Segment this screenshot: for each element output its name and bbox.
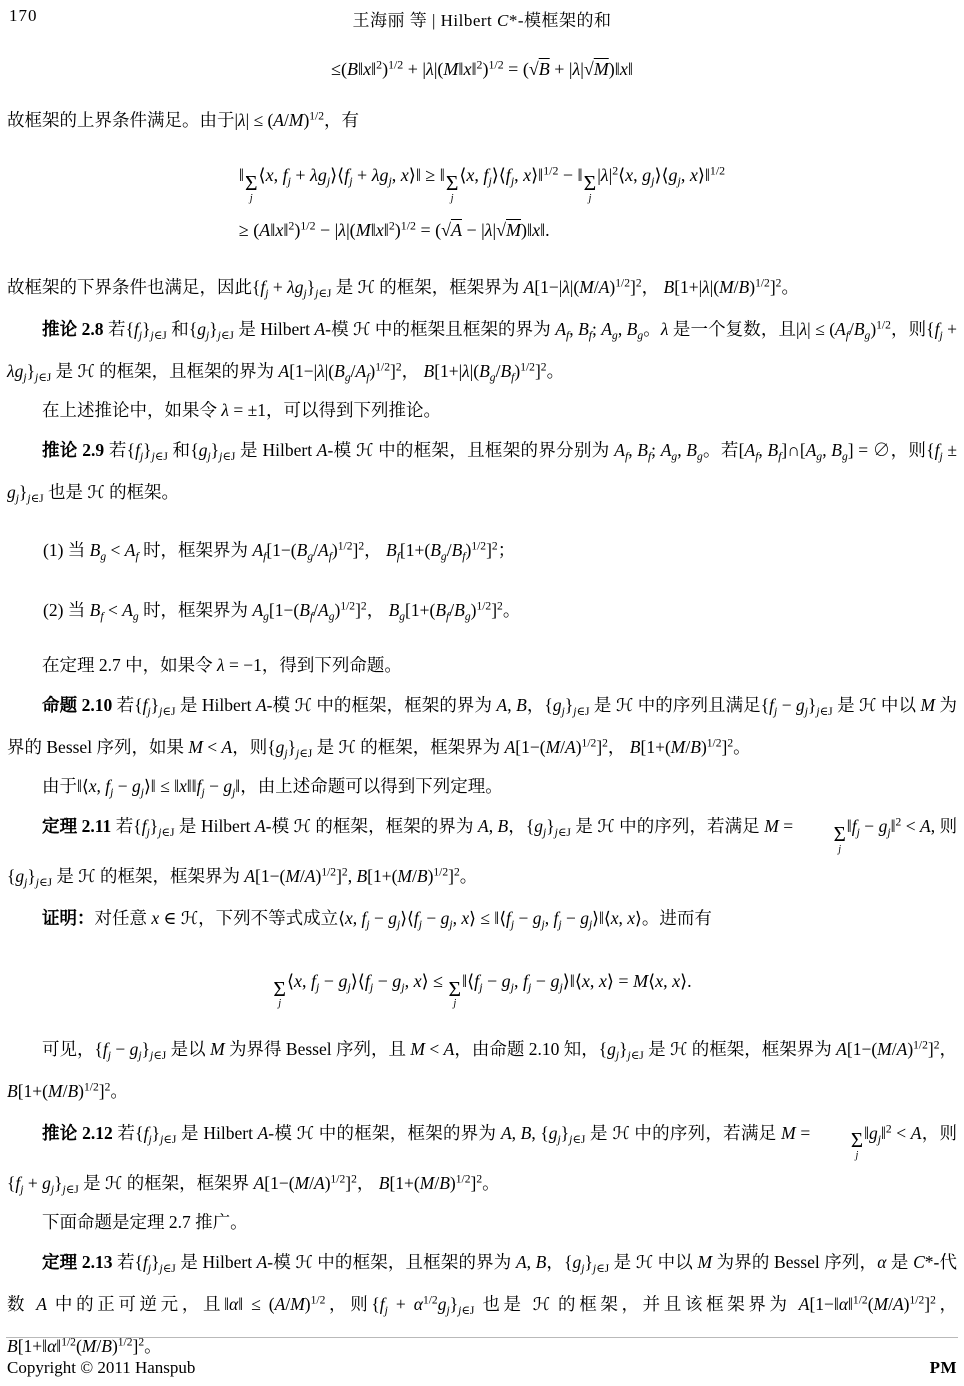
paragraph-upper-bound-condition: 故框架的上界条件满足。由于|λ| ≤ (A/M)1/2，有 [7,102,957,139]
paper-page: 170 王海丽 等 | Hilbert C*-模框架的和 ≤(B‖x‖2)1/2… [0,0,964,1367]
proposition-2-10: 命题 2.10 若{fj}j∈J 是 Hilbert A-模 ℋ 中的框架，框架… [7,684,957,768]
paragraph-lambda-pm1: 在上述推论中，如果令 λ = ±1，可以得到下列推论。 [7,392,957,429]
list-item-2: (2) 当 Bf < Ag 时，框架界为 Ag[1−(Bf/Ag)1/2]2， … [7,587,957,633]
list-item-1: (1) 当 Bg < Af 时，框架界为 Af[1−(Bg/Af)1/2]2， … [7,527,957,573]
footer-divider [6,1337,958,1338]
page-number: 170 [9,6,38,26]
journal-mark: PM [930,1358,957,1378]
formula-line-1: ‖Σj⟨x, fj + λgj⟩⟨fj + λgj, x⟩‖ ≥ ‖Σj⟨x, … [239,149,725,204]
formula-line: ≤(B‖x‖2)1/2 + |λ|(M‖x‖2)1/2 = (√B + |λ|√… [331,46,633,92]
copyright-notice: Copyright © 2011 Hanspub [7,1358,195,1378]
page-header: 170 王海丽 等 | Hilbert C*-模框架的和 [7,6,957,32]
theorem-2-13: 定理 2.13 若{fj}j∈J 是 Hilbert A-模 ℋ 中的框架，且框… [7,1241,957,1367]
corollary-2-12: 推论 2.12 若{fj}j∈J 是 Hilbert A-模 ℋ 中的框架，框架… [7,1112,957,1204]
running-title: 王海丽 等 | Hilbert C*-模框架的和 [7,6,957,31]
page-footer: Copyright © 2011 Hanspub PM [7,1358,957,1378]
display-formula-proof: Σj⟨x, fj − gj⟩⟨fj − gj, x⟩ ≤ Σj‖⟨fj − gj… [7,953,957,1010]
formula-line-2: ≥ (A‖x‖2)1/2 − |λ|(M‖x‖2)1/2 = (√A − |λ|… [239,204,725,256]
corollary-2-9: 推论 2.9 若{fj}j∈J 和{gj}j∈J 是 Hilbert A-模 ℋ… [7,429,957,513]
corollary-2-8: 推论 2.8 若{fj}j∈J 和{gj}j∈J 是 Hilbert A-模 ℋ… [7,308,957,392]
display-formula-frame-inequality: ‖Σj⟨x, fj + λgj⟩⟨fj + λgj, x⟩‖ ≥ ‖Σj⟨x, … [7,149,957,256]
theorem-2-11: 定理 2.11 若{fj}j∈J 是 Hilbert A-模 ℋ 的框架，框架的… [7,805,957,897]
formula-line: Σj⟨x, fj − gj⟩⟨fj − gj, x⟩ ≤ Σj‖⟨fj − gj… [272,953,691,1010]
paragraph-norm-inequality: 由于‖⟨x, fj − gj⟩‖ ≤ ‖x‖‖fj − gj‖，由上述命题可以得… [7,768,957,805]
paragraph-kejian-conclusion: 可见，{fj − gj}j∈J 是以 M 为界得 Bessel 序列，且 M <… [7,1028,957,1112]
paragraph-lower-bound-conclusion: 故框架的下界条件也满足，因此{fj + λgj}j∈J 是 ℋ 的框架，框架界为… [7,266,957,308]
display-formula-upper-bound: ≤(B‖x‖2)1/2 + |λ|(M‖x‖2)1/2 = (√B + |λ|√… [7,46,957,92]
proof-paragraph: 证明：对任意 x ∈ ℋ，下列不等式成立⟨x, fj − gj⟩⟨fj − gj… [7,897,957,939]
paragraph-lambda-minus1: 在定理 2.7 中，如果令 λ = −1，得到下列命题。 [7,647,957,684]
paragraph-next-proposition: 下面命题是定理 2.7 推广。 [7,1204,957,1241]
